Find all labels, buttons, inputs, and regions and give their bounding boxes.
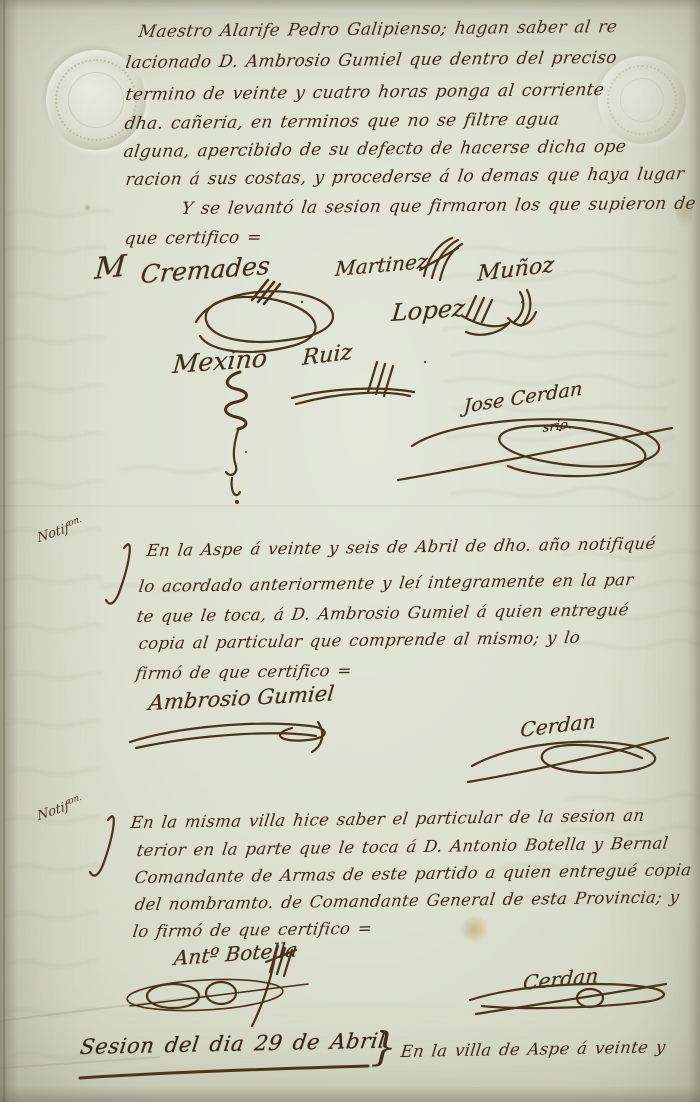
jose-cerdan-flourish [398, 419, 672, 480]
paper-edge-bottom [0, 1086, 700, 1102]
signature-initial-m: M [94, 249, 128, 287]
paper-crease [0, 505, 700, 507]
note1-line: En la Aspe á veinte y seis de Abril de d… [146, 534, 657, 560]
session-heading-underline [80, 1066, 368, 1078]
session-brace: } [370, 1024, 397, 1071]
para1-line: Maestro Alarife Pedro Galipienso; hagan … [137, 17, 618, 42]
lopez-rubric [462, 296, 510, 335]
session-continuation: En la villa de Aspe á veinte y [400, 1037, 667, 1061]
note1-line: copia al particular que comprende al mis… [138, 628, 582, 653]
session-heading: Sesion del dia 29 de Abril [79, 1029, 388, 1059]
signature-cremades: Cremades [139, 251, 271, 289]
note2-line: lo firmó de que certifico = [132, 919, 374, 941]
signature-ruiz: Ruiz [302, 340, 353, 371]
signature-cerdan-mid: Cerdan [520, 709, 597, 742]
signature-antonio-botella: Antº Botella [173, 937, 299, 969]
note1-line: lo acordado anteriormente y leí integram… [138, 570, 635, 596]
para1-line: racion á sus costas, y procederse á lo d… [124, 164, 685, 190]
para1-line: termino de veinte y cuatro horas ponga a… [124, 80, 605, 105]
note2-line: Comandante de Armas de este partido a qu… [134, 860, 693, 887]
signature-cerdan-bottom: Cerdan [522, 963, 599, 995]
ink-stain [458, 916, 490, 942]
paper-edge-right [688, 0, 700, 1102]
note2-brace-flourish [90, 816, 114, 875]
munoz-rubric [508, 290, 536, 326]
para1-line: lacionado D. Ambrosio Gumiel que dentro … [124, 48, 618, 73]
signature-mexino: Mexino [171, 343, 268, 378]
note2-line: En la misma villa hice saber el particul… [130, 806, 646, 832]
paper-crease [0, 994, 211, 1024]
note2-line: del nombramto. de Comandante General de … [134, 887, 681, 914]
gumiel-flourish [130, 722, 325, 752]
signature-jose-cerdan: Jose Cerdan [463, 378, 583, 418]
note1-brace-flourish [106, 544, 130, 603]
mexino-rubric [226, 372, 247, 504]
margin-note-notification-2: Notifon. [36, 793, 84, 825]
signature-ambrosio-gumiel: Ambrosio Gumiel [147, 681, 335, 715]
para1-line: Y se levantó la sesion que firmaron los … [180, 194, 697, 219]
para1-line: alguna, apercibido de su defecto de hace… [122, 137, 627, 162]
paper-edge-top [0, 0, 700, 10]
signature-munoz: Muñoz [477, 253, 555, 287]
paper-edge-left-line [3, 0, 5, 1102]
cerdan-mid-flourish [468, 738, 668, 782]
note1-line: firmó de que certifico = [135, 661, 353, 683]
signature-lopez: Lopez [391, 294, 467, 327]
signature-martinez: Martinez [334, 249, 428, 281]
embossed-seal-right [598, 56, 686, 144]
note1-line: te que le toca, á D. Ambrosio Gumiel á q… [136, 600, 630, 626]
para1-line: dha. cañeria, en terminos que no se filt… [123, 109, 560, 134]
manuscript-page: Maestro Alarife Pedro Galipienso; hagan … [0, 0, 700, 1102]
ink-stain [84, 204, 91, 211]
margin-note-notification-1: Notifon. [36, 515, 84, 547]
signature-jose-cerdan-title: srio. [542, 417, 572, 436]
para1-line: que certifico = [123, 228, 263, 249]
cremades-rubric [196, 280, 333, 352]
note2-line: terior en la parte que le toca á D. Anto… [136, 834, 670, 860]
